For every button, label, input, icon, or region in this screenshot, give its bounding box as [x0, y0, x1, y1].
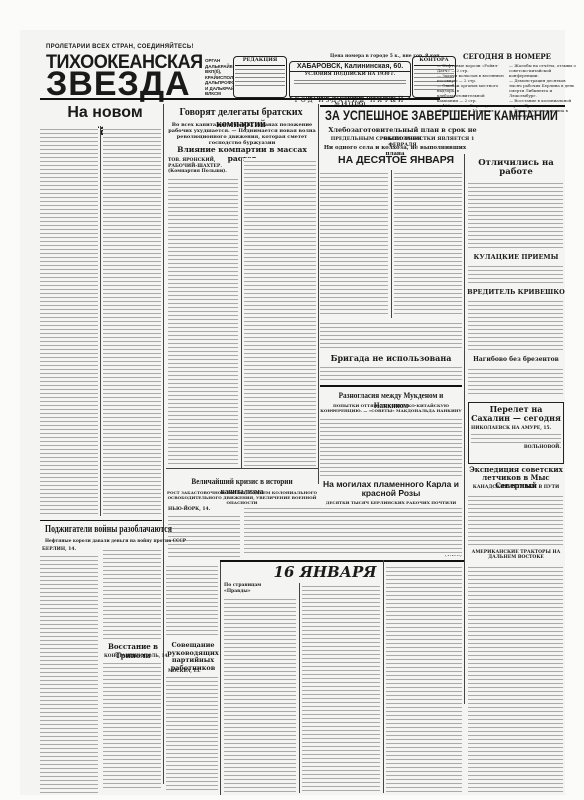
section-rule — [40, 520, 162, 521]
column-divider — [220, 560, 221, 795]
section-rule — [320, 385, 462, 387]
column-divider — [391, 170, 392, 318]
jan16-column-2 — [302, 583, 380, 792]
editorial-column-2 — [103, 126, 161, 516]
flight-headline: Перелет на Сахалин — сегодня — [471, 405, 561, 423]
redaction-box: РЕДАКЦИЯ — [233, 56, 287, 98]
column-divider — [299, 583, 300, 793]
cooking-headline: Нагибово без брезентов — [467, 356, 565, 363]
today-item: — Демонстрация десятков тысяч рабочих Бе… — [509, 78, 577, 98]
cooking-body — [468, 366, 563, 396]
flight-body — [471, 431, 561, 445]
today-item: — Жалобы на отчёты, отзывы о советско-ки… — [509, 63, 577, 78]
campaign-continued — [320, 320, 462, 350]
city-address: ХАБАРОВСК, Калининская, 60. — [290, 62, 410, 72]
disagreements-body — [320, 416, 462, 476]
meeting-dateline: МОСКВА, 15. — [168, 668, 201, 673]
today-title: СЕГОДНЯ В НОМЕРЕ — [437, 52, 577, 61]
expedition-subheadline: КАНАДСКИЕ ЛЕТЧИКИ В ПУТИ — [467, 485, 565, 490]
redaction-details — [235, 65, 285, 86]
expedition-body — [468, 493, 563, 545]
warmongers-column-1 — [40, 553, 98, 793]
jan16-column-1 — [224, 596, 296, 792]
today-item: — Задачи колхозов в весеннюю посевную — … — [437, 73, 505, 83]
warmongers-column-2 — [103, 547, 161, 639]
section-rule — [166, 468, 318, 469]
campaign-column-1 — [320, 170, 388, 315]
graves-headline: На могилах пламенного Карла и красной Ро… — [320, 480, 462, 498]
warmongers-subheadline: Нефтяные короли давали деньги на войну п… — [45, 538, 207, 544]
crisis-continued — [166, 563, 218, 638]
crisis-column-1 — [168, 513, 240, 558]
today-item: — Нефтяные короли «Ройял-Датч» — 2 стр. — [437, 63, 505, 73]
campaign-column-2 — [394, 170, 462, 315]
warmongers-headline: Поджигатели войны разоблачаются — [45, 524, 185, 535]
tractors-body — [468, 564, 563, 794]
crisis-column-2 — [244, 505, 462, 555]
masthead-motto: ПРОЛЕТАРИИ ВСЕХ СТРАН, СОЕДИНЯЙТЕСЬ! — [46, 44, 194, 50]
distinguished-body — [468, 180, 563, 250]
distinguished-headline: Отличились на работе — [467, 159, 565, 177]
delegates-column-1 — [168, 176, 238, 466]
warmongers-dateline: БЕРЛИН, 14. — [42, 547, 76, 552]
masthead-info-box: ХАБАРОВСК, Калининская, 60. УСЛОВИЯ ПОДП… — [289, 61, 411, 99]
delegates-column-2 — [244, 158, 316, 466]
crisis-subheadline: РОСТ ЗАБАСТОВОЧНОЙ ВОЛНЫ, ПОДЪЕМ КОЛОНИА… — [166, 490, 318, 505]
newspaper-page: ПРОЛЕТАРИИ ВСЕХ СТРАН, СОЕДИНЯЙТЕСЬ! ТИХ… — [20, 30, 565, 795]
redaction-label: РЕДАКЦИЯ — [235, 58, 285, 63]
pest-body — [468, 298, 563, 350]
column-divider — [464, 154, 465, 704]
today-item: — Ошибки органов местного надзора, в хле… — [437, 83, 505, 103]
pest-headline: ВРЕДИТЕЛЬ КРИВЕШКО — [467, 288, 565, 296]
masthead-title-line2: ЗВЕЗДА — [46, 67, 191, 101]
masthead-rule-right — [320, 105, 565, 107]
campaign-deck-4: НА ДЕСЯТОЕ ЯНВАРЯ — [338, 154, 454, 166]
kulak-headline: КУЛАЦКИЕ ПРИЕМЫ — [467, 253, 565, 261]
editorial-column-1 — [40, 126, 98, 516]
column-divider — [100, 126, 101, 516]
subscription-label: УСЛОВИЯ ПОДПИСКИ НА 1930 г. — [290, 72, 410, 77]
uprising-body — [103, 660, 161, 790]
flight-dateline: НИКОЛАЕВСК НА АМУРЕ, 15. — [471, 426, 561, 431]
tractors-headline: АМЕРИКАНСКИЕ ТРАКТОРЫ НА ДАЛЬНЕМ ВОСТОКЕ — [467, 550, 565, 560]
brigade-headline: Бригада не использована — [320, 353, 462, 363]
subscription-rates — [294, 78, 406, 86]
crisis-dateline: НЬЮ-ЙОРК, 14. — [168, 507, 210, 512]
kulak-body — [468, 263, 563, 283]
disagreements-subheadline: ПОПЫТКИ ОТТЯНУТЬ СОВЕТСКО-КИТАЙСКУЮ КОНФ… — [320, 403, 462, 413]
brigade-body — [320, 364, 462, 380]
uprising-dateline: КОНСТАНТИНОПОЛЬ, 14. — [104, 653, 169, 658]
campaign-headline: ЗА УСПЕШНОЕ ЗАВЕРШЕНИЕ КАМПАНИИ — [325, 108, 522, 123]
column-divider — [318, 104, 319, 484]
meeting-body — [166, 674, 218, 792]
masthead-rule — [40, 98, 440, 100]
flight-box: Перелет на Сахалин — сегодня НИКОЛАЕВСК … — [468, 402, 564, 464]
jan16-rubric: По страницам «Правды» — [224, 583, 284, 594]
delegates-subheadline: Во всех капиталистических странах положе… — [166, 122, 318, 146]
section-rule — [220, 560, 464, 562]
delegates-byline: ТОВ. ЯРОНСКИЙ, РАБОЧИЙ-ШАХТЕР. (Компарти… — [168, 158, 238, 175]
flight-signature: ВОЛЬНОВОЙ. — [471, 445, 561, 450]
column-divider — [383, 560, 384, 793]
column-divider — [163, 104, 164, 784]
column-divider — [241, 158, 242, 468]
jan16-column-3 — [386, 564, 462, 792]
